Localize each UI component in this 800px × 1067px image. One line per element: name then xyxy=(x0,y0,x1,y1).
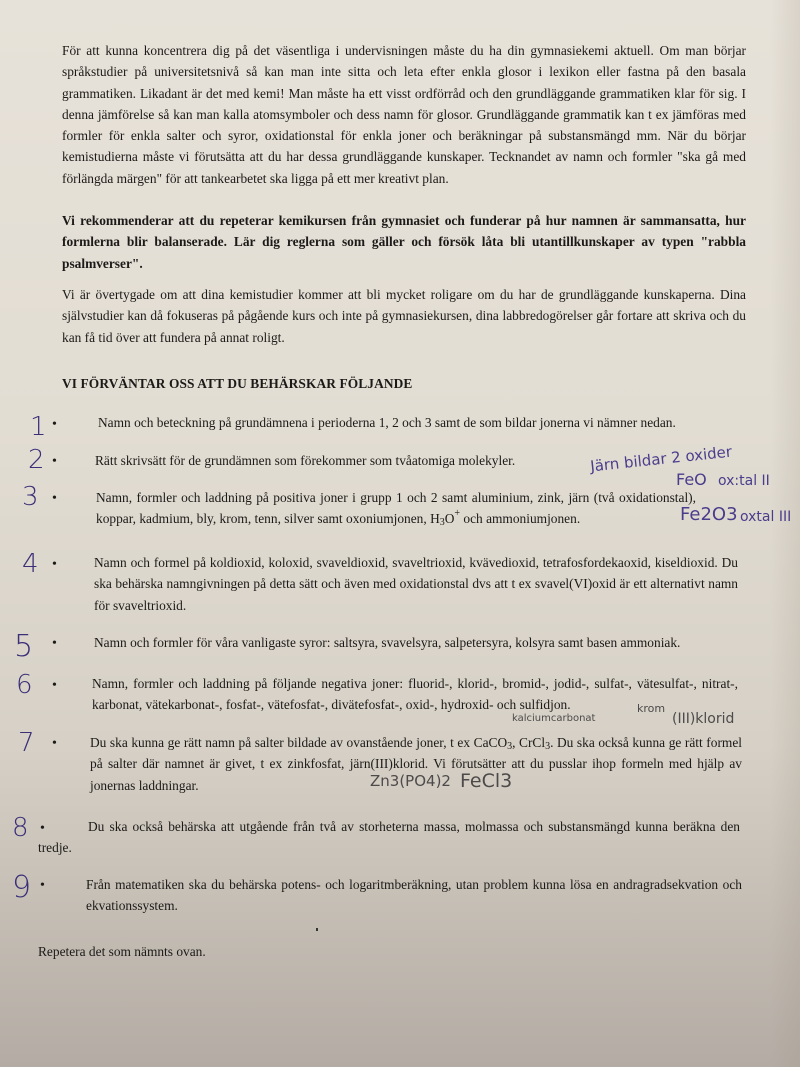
bullet: • xyxy=(52,418,57,432)
handwritten-iii-klorid: (III)klorid xyxy=(672,712,734,726)
handwritten-number: 1 xyxy=(30,414,47,440)
handwritten-number: 8 xyxy=(12,815,29,841)
item-text: Namn och formler för våra vanligaste syr… xyxy=(94,632,774,653)
scanned-page: För att kunna koncentrera dig på det väs… xyxy=(0,0,800,1067)
handwritten-number: 4 xyxy=(22,551,39,577)
item-text: Rätt skrivsätt för de grundämnen som för… xyxy=(95,450,595,471)
handwritten-calciumcarbonat: kalciumcarbonat xyxy=(512,714,595,724)
bullet: • xyxy=(52,679,57,693)
bullet: • xyxy=(52,455,57,469)
page-shadow xyxy=(770,0,800,1067)
item-text: Namn och formel på koldioxid, koloxid, s… xyxy=(94,552,738,616)
handwritten-number: 2 xyxy=(28,447,45,473)
footer-note: Repetera det som nämnts ovan. xyxy=(38,944,206,960)
speck xyxy=(316,928,318,931)
bullet: • xyxy=(52,637,57,651)
handwritten-number: 3 xyxy=(22,484,39,510)
recommendation-paragraph: Vi rekommenderar att du repeterar kemiku… xyxy=(62,210,746,274)
handwritten-fe2o3-oxtal: oxtal III xyxy=(740,510,791,524)
handwritten-number: 9 xyxy=(12,873,31,903)
bullet: • xyxy=(52,737,57,751)
item-text: Namn, formler och laddning på positiva j… xyxy=(96,487,696,530)
handwritten-fe2o3: Fe2O3 xyxy=(680,506,738,524)
handwritten-zn3po42: Zn3(PO4)2 xyxy=(370,774,451,789)
bullet: • xyxy=(40,879,45,893)
handwritten-number: 7 xyxy=(18,730,35,756)
handwritten-number: 5 xyxy=(14,632,33,662)
bullet: • xyxy=(52,558,57,572)
section-heading: VI FÖRVÄNTAR OSS ATT DU BEHÄRSKAR FÖLJAN… xyxy=(62,376,412,392)
handwritten-krom: krom xyxy=(637,703,665,714)
handwritten-fecl3: FeCl3 xyxy=(460,772,512,791)
item-text: Du ska också behärska att utgående från … xyxy=(38,816,740,859)
item-text: Namn och beteckning på grundämnena i per… xyxy=(98,412,758,433)
handwritten-feo-oxtal: ox:tal II xyxy=(718,474,770,488)
handwritten-number: 6 xyxy=(16,672,33,698)
bullet: • xyxy=(52,492,57,506)
item-text: Från matematiken ska du behärska potens-… xyxy=(86,874,742,917)
handwritten-feo: FeO xyxy=(676,472,707,488)
conviction-paragraph: Vi är övertygade om att dina kemistudier… xyxy=(62,284,746,348)
handwritten-note-iron-oxides: Järn bildar 2 oxider xyxy=(590,445,733,475)
intro-paragraph: För att kunna koncentrera dig på det väs… xyxy=(62,40,746,189)
